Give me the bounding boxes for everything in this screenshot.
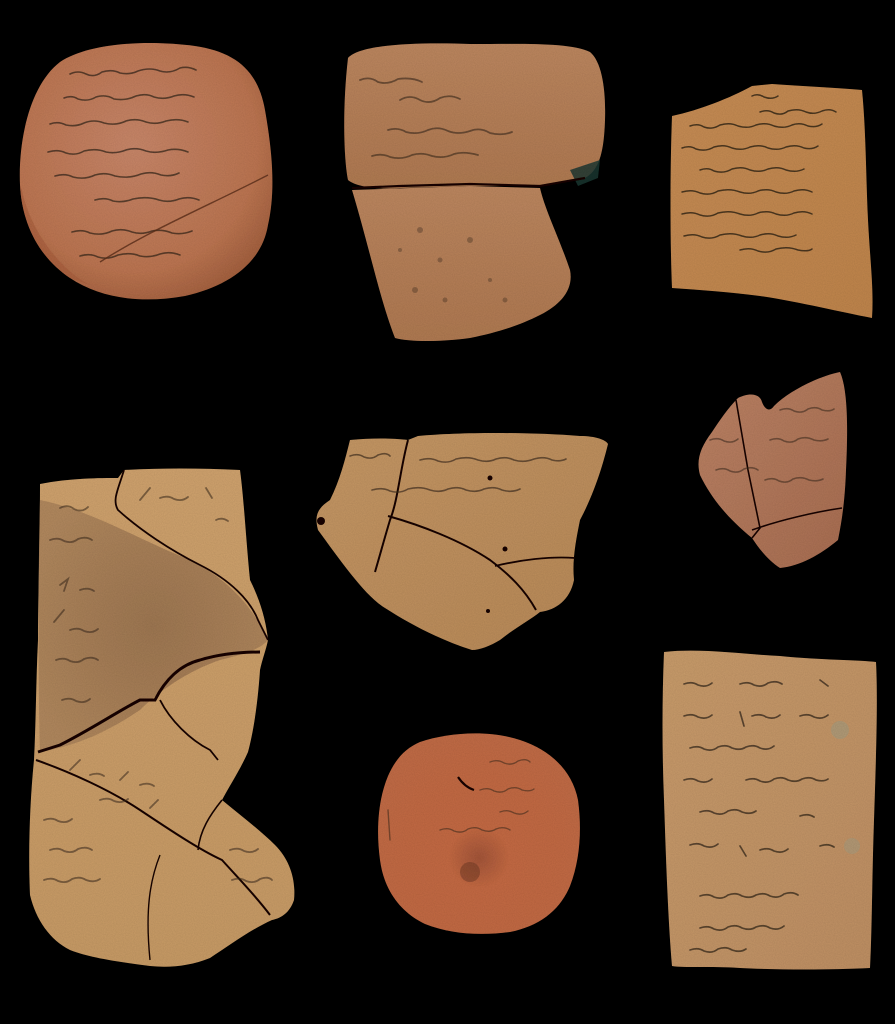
ostracon-bottom-right-rectangular	[663, 651, 877, 970]
ostracon-bottom-center-round	[378, 733, 580, 934]
ostracon-top-right-rectangular	[671, 84, 873, 318]
ostraca-scene	[0, 0, 895, 1024]
ostraca-photograph: Eight inscribed ceramic ostraca (pottery…	[0, 0, 895, 1024]
ostracon-top-left-round	[20, 43, 273, 299]
